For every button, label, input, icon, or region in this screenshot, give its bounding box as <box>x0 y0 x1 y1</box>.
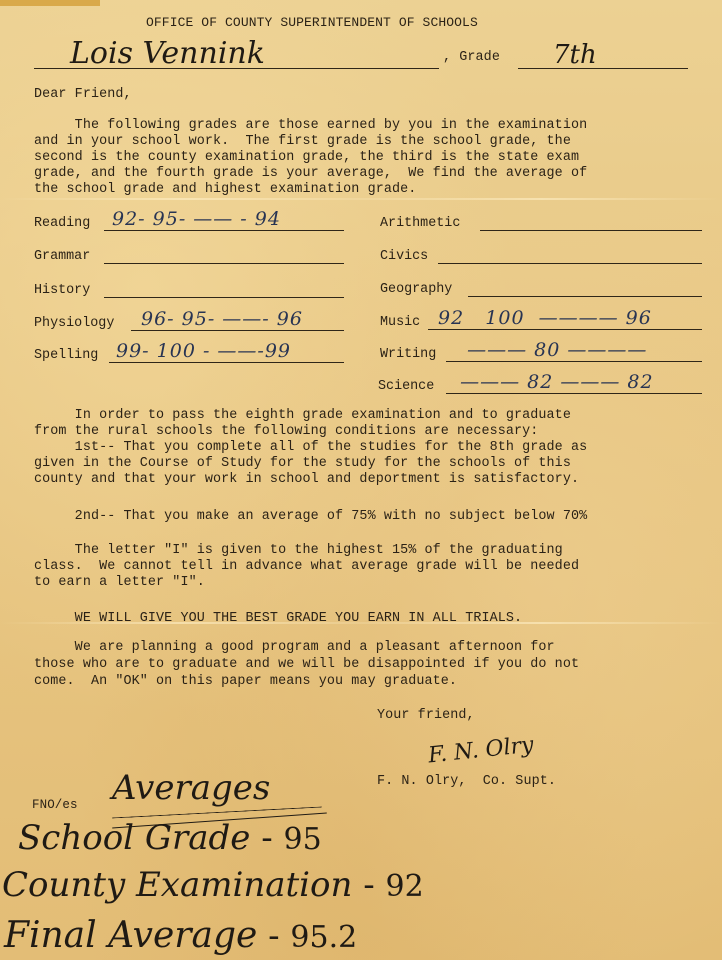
average-value: 95 <box>284 822 322 857</box>
grade-row-science: Science ——— 82 ——— 82 <box>378 375 702 397</box>
grade-row-geography: Geography <box>380 278 702 300</box>
grade-underline <box>518 68 688 69</box>
subject-label: Reading <box>34 216 90 231</box>
grade-line <box>446 361 702 362</box>
text-line: from the rural schools the following con… <box>34 424 538 440</box>
subject-grades: 92- 95- —— - 94 <box>112 208 281 230</box>
text-line: grade, and the fourth grade is your aver… <box>34 166 587 182</box>
subject-label: History <box>34 283 90 298</box>
student-name: Lois Vennink <box>70 36 265 71</box>
text-line: county and that your work in school and … <box>34 472 579 488</box>
grade-line <box>131 330 344 331</box>
subject-grades: ——— 82 ——— 82 <box>446 371 654 393</box>
average-label: School Grade <box>18 818 250 858</box>
average-line-final: Final Average - 95.2 <box>4 915 357 956</box>
text-line: We are planning a good program and a ple… <box>34 640 555 656</box>
subject-grades: 92 100 ———— 96 <box>438 307 652 329</box>
grade-row-reading: Reading 92- 95- —— - 94 <box>34 212 344 234</box>
text-line: The following grades are those earned by… <box>34 118 587 134</box>
subject-label: Physiology <box>34 316 114 331</box>
average-value: 92 <box>386 869 424 904</box>
name-underline <box>34 68 439 69</box>
signer-name: F. N. Olry, Co. Supt. <box>377 774 556 790</box>
text-line: 1st-- That you complete all of the studi… <box>34 440 587 456</box>
office-title: OFFICE OF COUNTY SUPERINTENDENT OF SCHOO… <box>146 15 478 31</box>
grade-row-grammar: Grammar <box>34 245 344 267</box>
signature: F. N. Olry <box>427 733 535 769</box>
grade-line <box>104 297 344 298</box>
text-line: the school grade and highest examination… <box>34 182 416 198</box>
subject-label: Music <box>380 315 420 330</box>
grade-line <box>446 393 702 394</box>
grade-row-physiology: Physiology 96- 95- ——- 96 <box>34 312 344 334</box>
average-label: Final Average <box>4 915 257 956</box>
subject-label: Arithmetic <box>380 216 460 231</box>
text-line: and in your school work. The first grade… <box>34 134 571 150</box>
grade-row-history: History <box>34 279 344 301</box>
average-separator: - <box>352 865 385 905</box>
subject-label: Science <box>378 379 434 394</box>
text-line: those who are to graduate and we will be… <box>34 657 579 673</box>
grade-label: , Grade <box>443 50 500 66</box>
grade-line <box>109 362 344 363</box>
grade-row-writing: Writing ——— 80 ———— <box>380 343 702 365</box>
typist-initials: FNO/es <box>32 797 78 813</box>
average-separator: - <box>257 916 290 956</box>
grade-row-arithmetic: Arithmetic <box>380 212 702 234</box>
average-line-county: County Examination - 92 <box>2 865 424 905</box>
grade-line <box>438 263 702 264</box>
grade-row-spelling: Spelling 99- 100 - ——-99 <box>34 344 344 366</box>
average-separator: - <box>250 818 283 858</box>
salutation: Dear Friend, <box>34 87 132 103</box>
subject-label: Civics <box>380 249 428 264</box>
grade-line <box>104 230 344 231</box>
average-line-school: School Grade - 95 <box>18 818 322 858</box>
average-value: 95.2 <box>290 920 357 955</box>
text-line: come. An "OK" on this paper means you ma… <box>34 674 457 690</box>
text-line: given in the Course of Study for the stu… <box>34 456 571 472</box>
subject-label: Spelling <box>34 348 98 363</box>
document-page: OFFICE OF COUNTY SUPERINTENDENT OF SCHOO… <box>0 0 722 960</box>
averages-heading: Averages <box>112 768 270 808</box>
second-condition: 2nd-- That you make an average of 75% wi… <box>34 509 587 525</box>
subject-grades: 99- 100 - ——-99 <box>116 340 291 362</box>
subject-grades: 96- 95- ——- 96 <box>141 308 303 330</box>
best-grade-notice: WE WILL GIVE YOU THE BEST GRADE YOU EARN… <box>34 611 522 627</box>
text-line: class. We cannot tell in advance what av… <box>34 559 579 575</box>
grade-row-music: Music 92 100 ———— 96 <box>380 311 702 333</box>
grade-line <box>468 296 702 297</box>
subject-label: Writing <box>380 347 436 362</box>
average-label: County Examination <box>2 865 352 905</box>
text-line: to earn a letter "I". <box>34 575 205 591</box>
text-line: In order to pass the eighth grade examin… <box>34 408 571 424</box>
valediction: Your friend, <box>377 708 475 724</box>
grade-line <box>480 230 702 231</box>
grade-line <box>104 263 344 264</box>
grade-line <box>428 329 702 330</box>
subject-label: Geography <box>380 282 452 297</box>
grade-row-civics: Civics <box>380 245 702 267</box>
averages-underline <box>112 807 322 819</box>
grade-value: 7th <box>553 40 597 70</box>
subject-grades: ——— 80 ———— <box>446 339 647 361</box>
subject-label: Grammar <box>34 249 90 264</box>
paper-stain <box>0 0 100 6</box>
text-line: second is the county examination grade, … <box>34 150 579 166</box>
text-line: The letter "I" is given to the highest 1… <box>34 543 563 559</box>
